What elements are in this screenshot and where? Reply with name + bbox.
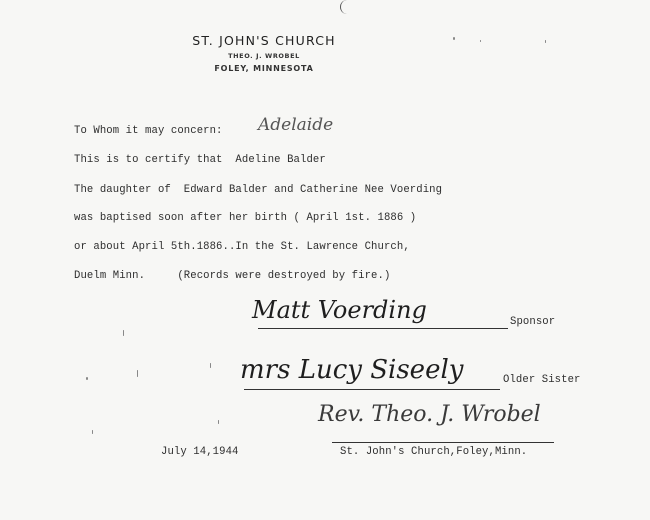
scan-speck	[210, 363, 211, 368]
pastor-name: THEO. J. WROBEL	[0, 52, 528, 60]
sponsor-signature-line	[258, 328, 508, 329]
sister-signature: mrs Lucy Siseely	[240, 355, 463, 385]
scan-speck	[137, 370, 138, 377]
body-line-4: or about April 5th.1886..In the St. Lawr…	[74, 241, 410, 253]
sponsor-role: Sponsor	[510, 316, 555, 328]
scan-speck	[545, 40, 546, 43]
certificate-date: July 14,1944	[161, 446, 239, 458]
sponsor-signature: Matt Voerding	[252, 296, 427, 324]
body-line-2: The daughter of Edward Balder and Cather…	[74, 184, 442, 196]
pastor-signature-line	[332, 442, 554, 443]
church-location: FOLEY, MINNESOTA	[0, 64, 528, 73]
certificate-page: ST. JOHN'S CHURCH THEO. J. WROBEL FOLEY,…	[0, 0, 650, 520]
pastor-church-location: St. John's Church,Foley,Minn.	[340, 446, 527, 458]
handwritten-name-annotation: Adelaide	[258, 115, 333, 135]
scan-speck	[92, 430, 93, 434]
scan-speck	[480, 40, 481, 42]
sister-signature-line	[244, 389, 500, 390]
body-line-1: This is to certify that Adeline Balder	[74, 154, 326, 166]
church-name: ST. JOHN'S CHURCH	[0, 33, 528, 48]
sister-role: Older Sister	[503, 374, 581, 386]
salutation: To Whom it may concern:	[74, 125, 223, 137]
body-line-3: was baptised soon after her birth ( Apri…	[74, 212, 416, 224]
scan-mark	[340, 0, 349, 14]
scan-speck	[218, 420, 219, 424]
pastor-signature: Rev. Theo. J. Wrobel	[318, 402, 541, 427]
body-line-5: Duelm Minn. (Records were destroyed by f…	[74, 270, 390, 282]
scan-speck	[86, 377, 88, 380]
letterhead: ST. JOHN'S CHURCH THEO. J. WROBEL FOLEY,…	[0, 33, 528, 73]
scan-speck	[453, 37, 455, 40]
scan-speck	[123, 330, 124, 336]
